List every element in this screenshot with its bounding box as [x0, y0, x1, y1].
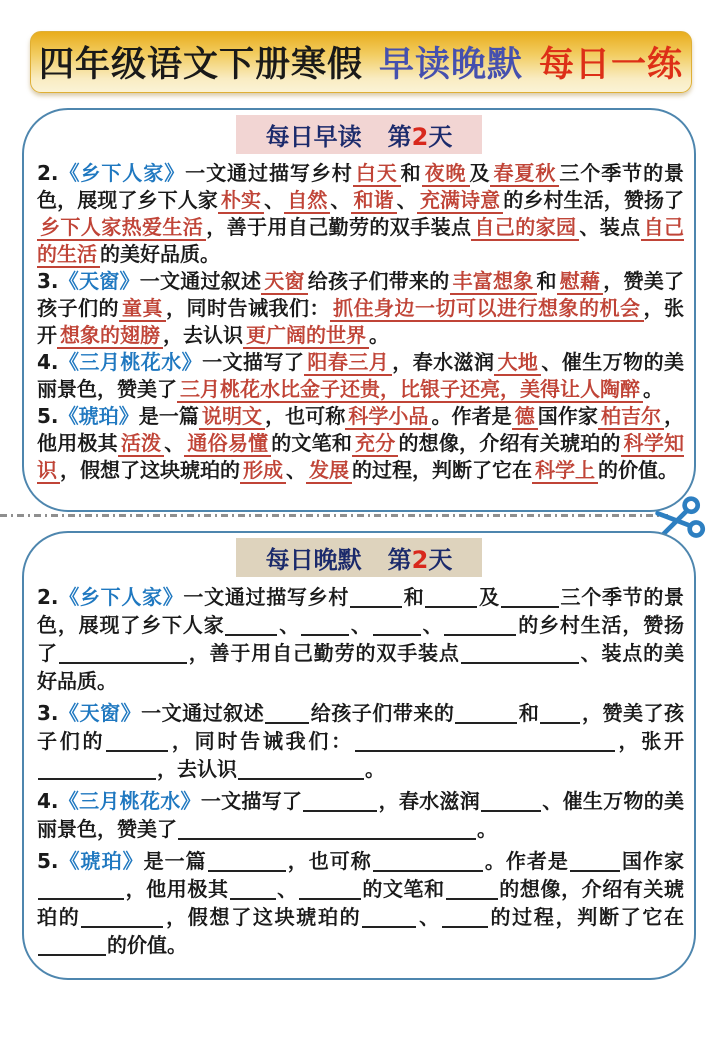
answer-text: 德 — [512, 404, 538, 430]
text-run: 3. — [37, 269, 59, 293]
text-run: 及 — [478, 585, 499, 609]
fill-in-blank — [81, 908, 163, 928]
text-run: 。作者是 — [431, 404, 511, 428]
book-title: 《天窗》 — [59, 269, 140, 293]
paragraph-peach-blossom-water: 4.《三月桃花水》一文描写了阳春三月，春水滋润大地、催生万物的美丽景色，赞美了三… — [37, 349, 684, 403]
text-run: 的过程，判断了它在 — [489, 905, 684, 929]
answer-text: 白天 — [353, 161, 401, 187]
text-run: 的价值。 — [107, 933, 187, 957]
answer-text: 阳春三月 — [304, 350, 392, 376]
answer-text: 科学上 — [532, 458, 598, 484]
text-run: ，也可称 — [265, 404, 345, 428]
fill-in-blank — [481, 792, 541, 812]
text-run: 。 — [369, 323, 389, 347]
answer-text: 自己的家园 — [471, 215, 579, 241]
fill-in-blank — [362, 908, 416, 928]
text-run: ，同时告诫我们： — [166, 296, 330, 320]
text-run: ，假想了这块琥珀的 — [164, 905, 361, 929]
title-read-recite-text: 早读晚默 — [379, 37, 523, 87]
paragraph-countryside: 2.《乡下人家》一文通过描写乡村白天和夜晚及春夏秋三个季节的景色，展现了乡下人家… — [37, 160, 684, 268]
text-run: 和 — [403, 585, 424, 609]
fill-in-blank — [355, 732, 615, 752]
evening-dictation-section: 每日晚默第2天 2.《乡下人家》一文通过描写乡村和及三个季节的景色，展现了乡下人… — [22, 531, 696, 980]
answer-text: 丰富想象 — [450, 269, 537, 295]
text-run: 给孩子们带来的 — [310, 701, 454, 725]
fill-in-blank — [38, 880, 124, 900]
page-title-banner: 四年级语文下册寒假 早读晚默 每日一练 — [30, 31, 692, 93]
text-run: ，也可称 — [287, 849, 372, 873]
evening-dictation-badge: 每日晚默第2天 — [236, 538, 483, 577]
fill-in-blank — [265, 704, 309, 724]
fill-in-blank — [301, 616, 349, 636]
fill-in-blank — [455, 704, 517, 724]
answer-text: 抓住身边一切可以进行想象的机会 — [330, 296, 644, 322]
answer-text: 自然 — [284, 188, 330, 214]
text-run: 、 — [164, 431, 184, 455]
text-run: 2. — [37, 161, 59, 185]
fill-in-blank — [59, 644, 187, 664]
text-run: 、装点 — [579, 215, 640, 239]
text-run: 。作者是 — [484, 849, 569, 873]
text-run: 一文通过叙述 — [141, 701, 264, 725]
answer-text: 活泼 — [118, 431, 164, 457]
text-run: 的过程，判断了它在 — [352, 458, 532, 482]
text-run: 、 — [330, 188, 350, 212]
answer-text: 大地 — [494, 350, 541, 376]
badge-name: 每日早读 — [266, 123, 362, 151]
text-run: 一文描写了 — [202, 350, 304, 374]
worksheet-page: 四年级语文下册寒假 早读晚默 每日一练 每日早读第2天 2.《乡下人家》一文通过… — [0, 0, 720, 1039]
badge-day-suffix: 天 — [428, 123, 452, 151]
text-run: 、 — [422, 613, 444, 637]
paragraph-amber-blank: 5.《琥珀》是一篇，也可称。作者是国作家，他用极其、的文笔和的想像，介绍有关琥珀… — [37, 847, 684, 959]
morning-reading-badge: 每日早读第2天 — [236, 115, 483, 154]
fill-in-blank — [446, 880, 498, 900]
fill-in-blank — [540, 704, 580, 724]
answer-text: 科学小品 — [345, 404, 431, 430]
answer-text: 春夏秋 — [490, 161, 559, 187]
fill-in-blank — [238, 760, 364, 780]
answer-text: 通俗易懂 — [184, 431, 271, 457]
text-run: 和 — [518, 701, 539, 725]
text-run: 一文通过描写乡村 — [185, 161, 353, 185]
text-run: 国作家 — [538, 404, 598, 428]
answer-text: 三月桃花水比金子还贵，比银子还亮，美得让人陶醉 — [177, 377, 643, 403]
badge-day-prefix: 第 — [388, 546, 412, 574]
text-run: ，假想了这块琥珀的 — [60, 458, 240, 482]
text-run: 3. — [37, 701, 59, 725]
text-run: 及 — [470, 161, 491, 185]
answer-text: 童真 — [119, 296, 166, 322]
paragraph-amber: 5.《琥珀》是一篇说明文，也可称科学小品。作者是德国作家柏吉尔，他用极其活泼、通… — [37, 403, 684, 484]
book-title: 《琥珀》 — [59, 404, 139, 428]
badge-day-number: 2 — [412, 546, 429, 574]
text-run: 。 — [643, 377, 663, 401]
text-run: 5. — [37, 849, 59, 873]
answer-text: 天窗 — [261, 269, 308, 295]
book-title: 《琥珀》 — [59, 849, 144, 873]
answer-text: 和谐 — [351, 188, 397, 214]
book-title: 《三月桃花水》 — [59, 350, 203, 374]
text-run: ，去认识 — [157, 757, 237, 781]
badge-day-suffix: 天 — [428, 546, 452, 574]
fill-in-blank — [570, 852, 620, 872]
paragraph-peach-blossom-water-blank: 4.《三月桃花水》一文描写了，春水滋润、催生万物的美丽景色，赞美了。 — [37, 787, 684, 843]
title-grade-text: 四年级语文下册寒假 — [39, 37, 363, 87]
text-run: 、 — [350, 613, 372, 637]
text-run: 是一篇 — [139, 404, 199, 428]
book-title: 《天窗》 — [59, 701, 142, 725]
fill-in-blank — [461, 644, 579, 664]
text-run: ，同时告诫我们： — [169, 729, 354, 753]
fill-in-blank — [303, 792, 377, 812]
dashed-cut-line — [0, 514, 668, 517]
answer-text: 慰藉 — [557, 269, 604, 295]
fill-in-blank — [373, 616, 421, 636]
fill-in-blank — [299, 880, 361, 900]
text-run: ，他用极其 — [125, 877, 229, 901]
text-run: 的文笔和 — [271, 431, 352, 455]
text-run: ，善于用自己勤劳的双手装点 — [188, 641, 460, 665]
text-run: 、 — [277, 877, 298, 901]
book-title: 《乡下人家》 — [59, 161, 186, 185]
text-run: 的文笔和 — [362, 877, 445, 901]
paragraph-skylight-blank: 3.《天窗》一文通过叙述给孩子们带来的和，赞美了孩子们的，同时告诫我们：，张开，… — [37, 699, 684, 783]
answer-text: 更广阔的世界 — [243, 323, 369, 349]
text-run: ，春水滋润 — [378, 789, 480, 813]
text-run: ，张开 — [616, 729, 684, 753]
text-run: ，去认识 — [163, 323, 243, 347]
badge-day-number: 2 — [412, 123, 429, 151]
paragraph-skylight: 3.《天窗》一文通过叙述天窗给孩子们带来的丰富想象和慰藉，赞美了孩子们的童真，同… — [37, 268, 684, 349]
morning-reading-content: 2.《乡下人家》一文通过描写乡村白天和夜晚及春夏秋三个季节的景色，展现了乡下人家… — [24, 160, 694, 484]
fill-in-blank — [442, 908, 488, 928]
answer-text: 夜晚 — [422, 161, 470, 187]
title-daily-practice-text: 每日一练 — [539, 37, 683, 87]
text-run: 、 — [417, 905, 440, 929]
fill-in-blank — [350, 588, 402, 608]
answer-text: 充分 — [352, 431, 398, 457]
text-run: 和 — [537, 269, 557, 293]
fill-in-blank — [38, 760, 156, 780]
text-run: 一文描写了 — [201, 789, 302, 813]
fill-in-blank — [106, 732, 168, 752]
fill-in-blank — [230, 880, 276, 900]
text-run: 、 — [286, 458, 306, 482]
text-run: 的想像，介绍有关琥珀的 — [398, 431, 620, 455]
answer-text: 说明文 — [199, 404, 265, 430]
answer-text: 形成 — [240, 458, 286, 484]
fill-in-blank — [225, 616, 277, 636]
book-title: 《三月桃花水》 — [59, 789, 201, 813]
text-run: 一文通过叙述 — [140, 269, 262, 293]
answer-text: 发展 — [306, 458, 352, 484]
fill-in-blank — [425, 588, 477, 608]
text-run: 的美好品质。 — [100, 242, 220, 266]
answer-text: 朴实 — [218, 188, 264, 214]
text-run: 和 — [401, 161, 422, 185]
text-run: 一文通过描写乡村 — [183, 585, 349, 609]
answer-text: 想象的翅膀 — [57, 323, 163, 349]
text-run: 。 — [365, 757, 385, 781]
badge-name: 每日晚默 — [266, 546, 362, 574]
text-run: 2. — [37, 585, 59, 609]
text-run: 4. — [37, 350, 59, 374]
text-run: 。 — [477, 817, 497, 841]
fill-in-blank — [38, 936, 106, 956]
text-run: 5. — [37, 404, 59, 428]
fill-in-blank — [208, 852, 286, 872]
text-run: ，善于用自己勤劳的双手装点 — [206, 215, 471, 239]
text-run: 是一篇 — [144, 849, 207, 873]
badge-day-prefix: 第 — [388, 123, 412, 151]
evening-dictation-content: 2.《乡下人家》一文通过描写乡村和及三个季节的景色，展现了乡下人家、、、的乡村生… — [24, 583, 694, 959]
fill-in-blank — [501, 588, 559, 608]
answer-text: 乡下人家热爱生活 — [37, 215, 206, 241]
text-run: 4. — [37, 789, 59, 813]
morning-reading-section: 每日早读第2天 2.《乡下人家》一文通过描写乡村白天和夜晚及春夏秋三个季节的景色… — [22, 108, 696, 512]
paragraph-countryside-blank: 2.《乡下人家》一文通过描写乡村和及三个季节的景色，展现了乡下人家、、、的乡村生… — [37, 583, 684, 695]
text-run: 给孩子们带来的 — [308, 269, 450, 293]
text-run: 、 — [278, 613, 300, 637]
fill-in-blank — [444, 616, 516, 636]
fill-in-blank — [373, 852, 483, 872]
answer-text: 充满诗意 — [417, 188, 503, 214]
text-run: 的乡村生活，赞扬了 — [503, 188, 684, 212]
text-run: 、 — [264, 188, 284, 212]
text-run: 的价值。 — [598, 458, 678, 482]
text-run: ，春水滋润 — [392, 350, 494, 374]
book-title: 《乡下人家》 — [59, 585, 184, 609]
text-run: 国作家 — [621, 849, 684, 873]
fill-in-blank — [178, 820, 476, 840]
answer-text: 柏吉尔 — [598, 404, 664, 430]
text-run: 、 — [397, 188, 417, 212]
